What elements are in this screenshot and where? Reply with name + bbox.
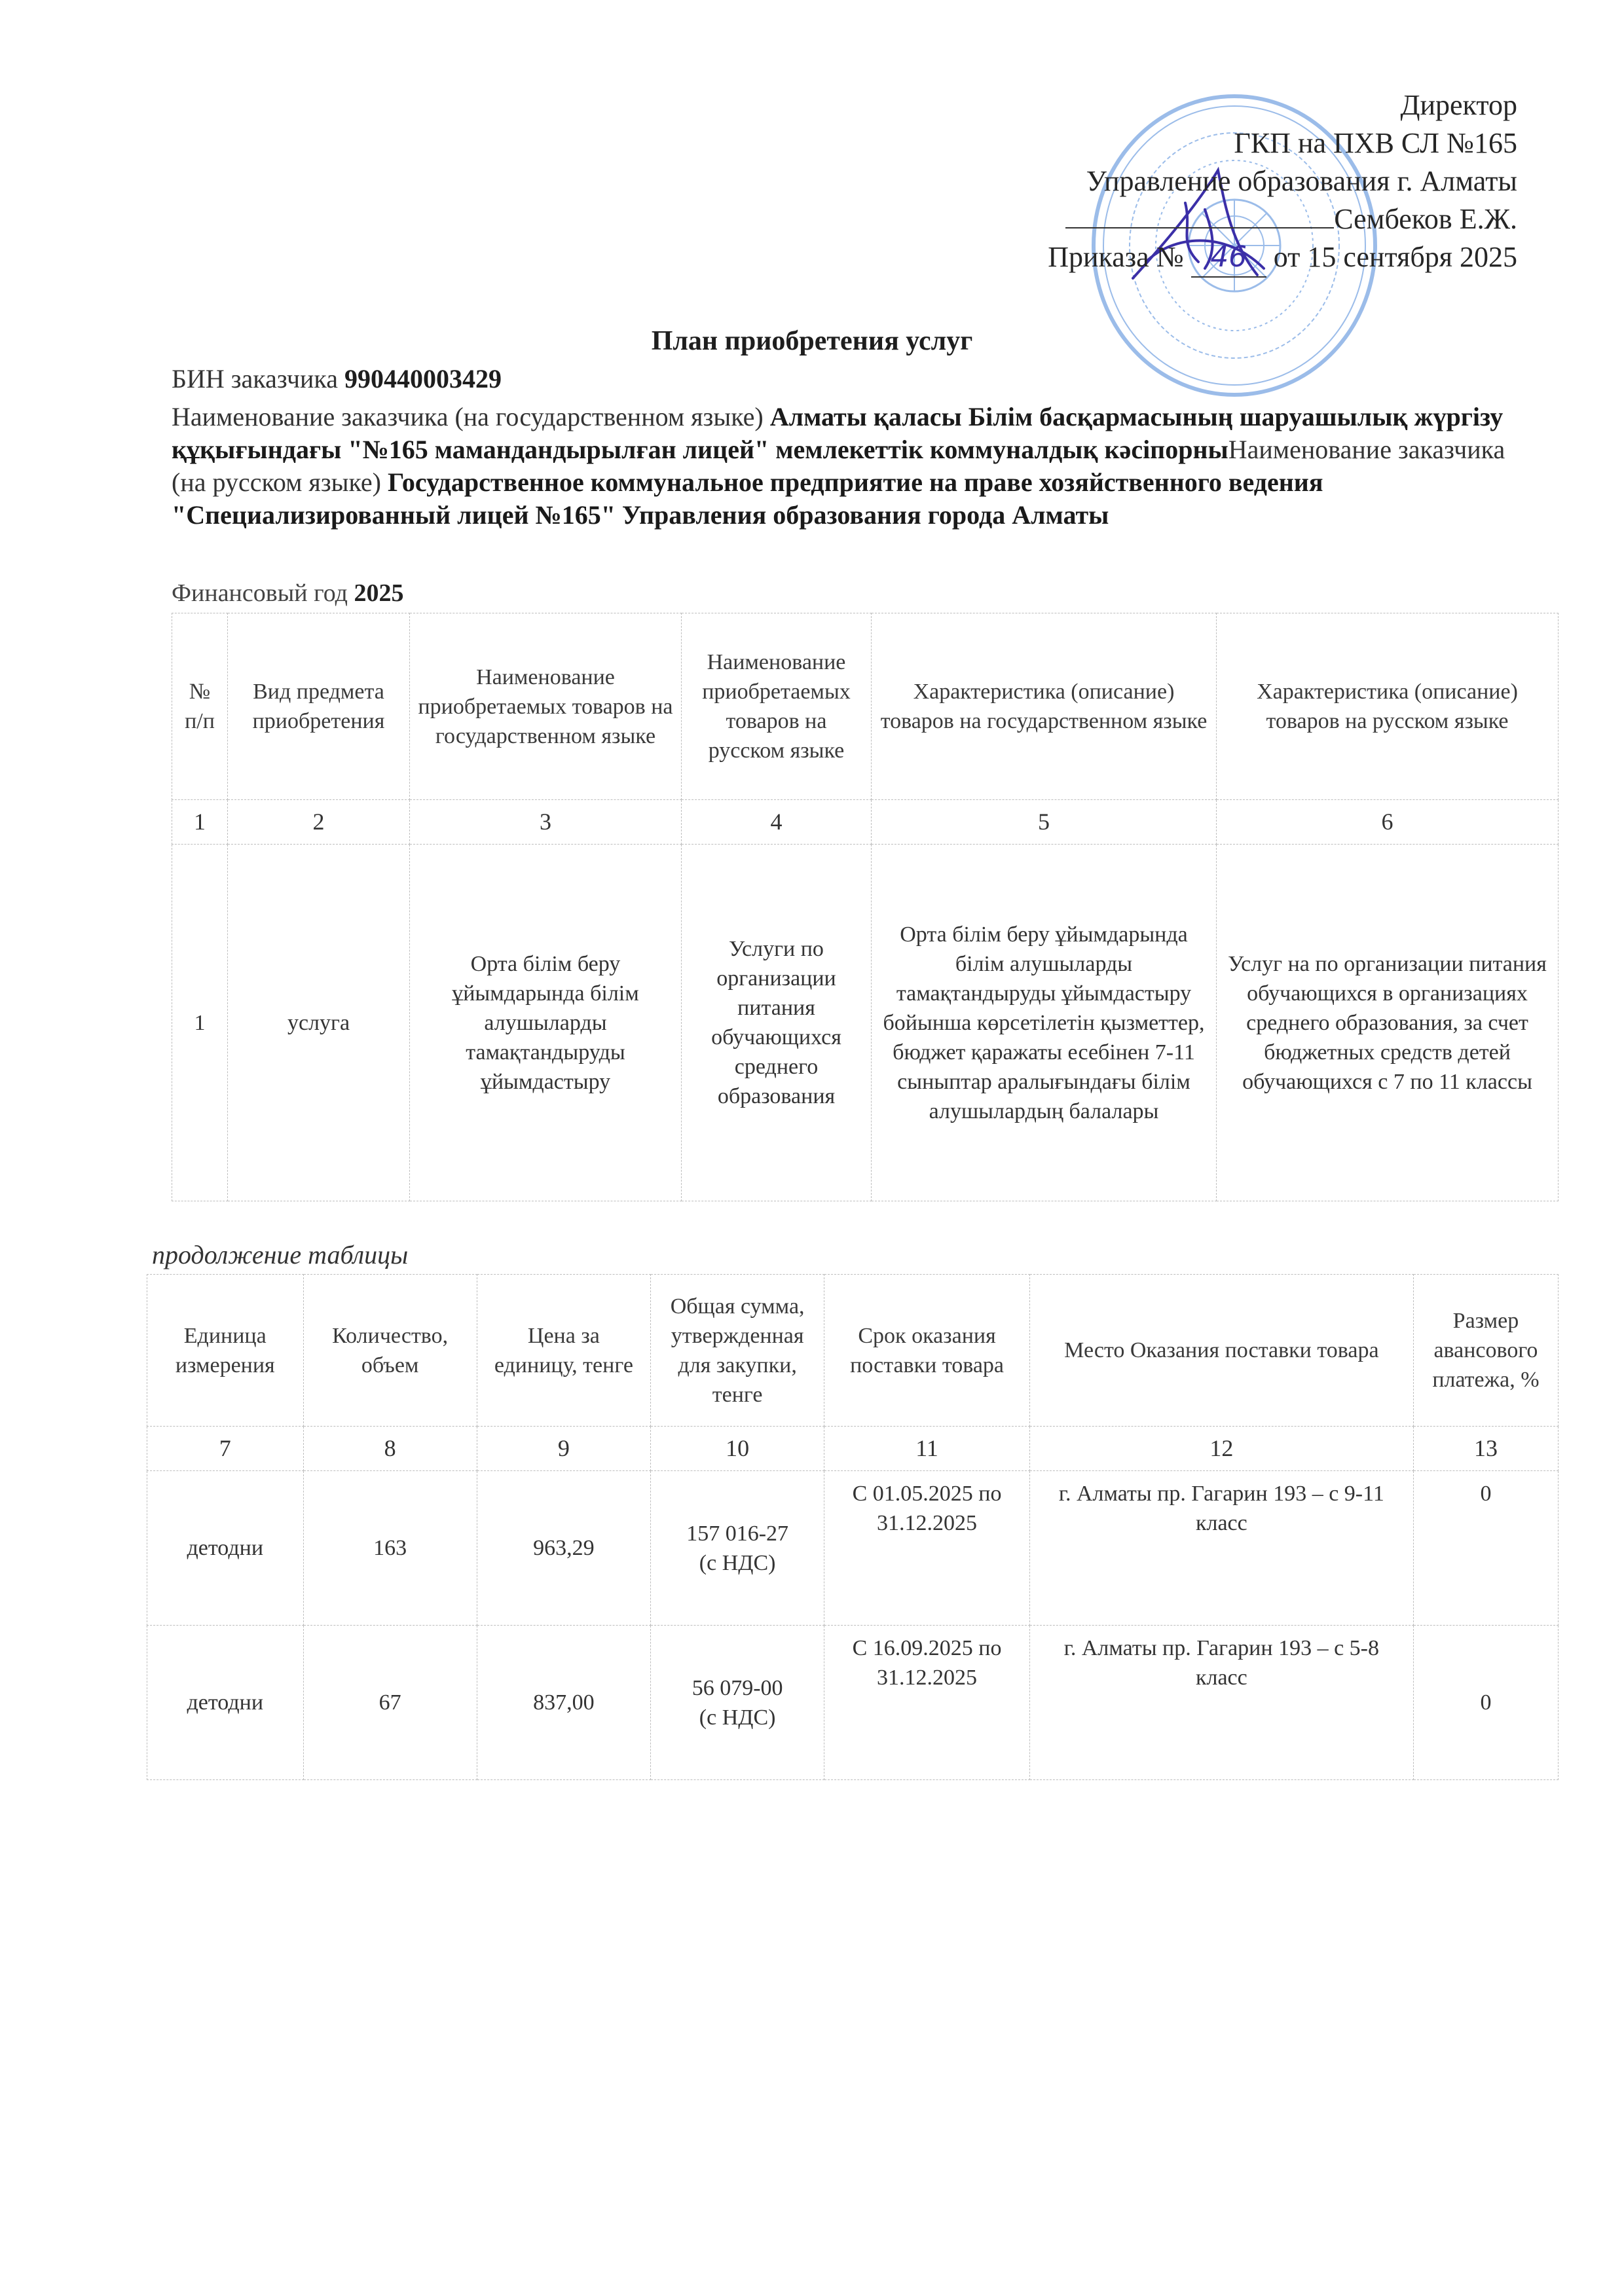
header-cell: Общая сумма, утвержденная для закупки, т…: [651, 1275, 824, 1427]
bin-label: БИН заказчика: [172, 364, 338, 393]
fin-year-value: 2025: [354, 579, 403, 607]
column-number: 11: [824, 1427, 1030, 1471]
total-vat-note: (с НДС): [657, 1703, 817, 1732]
cell-desc-ru: Услуг на по организации питания обучающи…: [1217, 845, 1559, 1201]
column-number: 9: [477, 1427, 650, 1471]
approver-department: Управление образования г. Алматы: [1048, 162, 1517, 200]
column-number: 12: [1029, 1427, 1413, 1471]
table-row: детодни 163 963,29 157 016-27 (с НДС) С …: [147, 1471, 1559, 1626]
column-number: 8: [303, 1427, 477, 1471]
cell-advance: 0: [1413, 1471, 1558, 1626]
column-number-row: 7 8 9 10 11 12 13: [147, 1427, 1559, 1471]
column-number: 4: [682, 800, 872, 845]
cell-no: 1: [172, 845, 228, 1201]
document-title: План приобретения услуг: [0, 325, 1624, 357]
cell-unit: детодни: [147, 1626, 304, 1780]
bin-value: 990440003429: [344, 364, 502, 393]
column-number: 6: [1217, 800, 1559, 845]
cell-quantity: 67: [303, 1626, 477, 1780]
order-date: от 15 сентября 2025: [1274, 241, 1517, 273]
order-line: Приказа № 46 от 15 сентября 2025: [1048, 238, 1517, 278]
header-cell: Вид предмета приобретения: [228, 613, 410, 800]
customer-bin: БИН заказчика 990440003429: [172, 363, 502, 394]
table-row: детодни 67 837,00 56 079-00 (с НДС) С 16…: [147, 1626, 1559, 1780]
fin-year-label: Финансовый год: [172, 579, 348, 607]
cell-type: услуга: [228, 845, 410, 1201]
cell-desc-kz: Орта білім беру ұйымдарында білім алушыл…: [872, 845, 1217, 1201]
order-prefix: Приказа №: [1048, 241, 1183, 273]
header-cell: Цена за единицу, тенге: [477, 1275, 650, 1427]
header-cell: Наименование приобретаемых товаров на го…: [410, 613, 682, 800]
header-cell: Наименование приобретаемых товаров на ру…: [682, 613, 872, 800]
header-cell: Характеристика (описание) товаров на рус…: [1217, 613, 1559, 800]
order-number: 46: [1191, 238, 1266, 278]
header-cell: Количество, объем: [303, 1275, 477, 1427]
document-page: Директор ГКП на ПХВ СЛ №165 Управление о…: [0, 0, 1624, 2296]
header-cell: Срок оказания поставки товара: [824, 1275, 1030, 1427]
column-number: 10: [651, 1427, 824, 1471]
customer-kz-label: Наименование заказчика (на государственн…: [172, 402, 764, 431]
cell-name-ru: Услуги по организации питания обучающихс…: [682, 845, 872, 1201]
cell-unit-price: 837,00: [477, 1626, 650, 1780]
approval-block: Директор ГКП на ПХВ СЛ №165 Управление о…: [1048, 86, 1517, 278]
header-cell: Характеристика (описание) товаров на гос…: [872, 613, 1217, 800]
column-number: 13: [1413, 1427, 1558, 1471]
total-vat-note: (с НДС): [657, 1548, 817, 1578]
total-amount: 56 079-00: [657, 1673, 817, 1703]
table-row: 1 услуга Орта білім беру ұйымдарында біл…: [172, 845, 1559, 1201]
cell-place: г. Алматы пр. Гагарин 193 – с 5-8 класс: [1029, 1626, 1413, 1780]
cell-period: С 01.05.2025 по 31.12.2025: [824, 1471, 1030, 1626]
customer-names: Наименование заказчика (на государственн…: [172, 401, 1534, 532]
signatory-name: Сембеков Е.Ж.: [1334, 203, 1517, 235]
column-number: 5: [872, 800, 1217, 845]
total-amount: 157 016-27: [657, 1519, 817, 1548]
approver-position: Директор: [1048, 86, 1517, 124]
cell-place: г. Алматы пр. Гагарин 193 – с 9-11 класс: [1029, 1471, 1413, 1626]
column-number: 2: [228, 800, 410, 845]
cell-advance: 0: [1413, 1626, 1558, 1780]
column-number: 1: [172, 800, 228, 845]
table-continuation-label: продолжение таблицы: [152, 1239, 408, 1270]
table-header-row: № п/п Вид предмета приобретения Наименов…: [172, 613, 1559, 800]
header-cell: № п/п: [172, 613, 228, 800]
cell-total: 56 079-00 (с НДС): [651, 1626, 824, 1780]
approver-organization: ГКП на ПХВ СЛ №165: [1048, 124, 1517, 162]
column-number: 3: [410, 800, 682, 845]
cell-name-kz: Орта білім беру ұйымдарында білім алушыл…: [410, 845, 682, 1201]
table-header-row: Единица измерения Количество, объем Цена…: [147, 1275, 1559, 1427]
cell-quantity: 163: [303, 1471, 477, 1626]
signature-line: Сембеков Е.Ж.: [1048, 200, 1517, 238]
financial-year: Финансовый год 2025: [172, 579, 403, 608]
signature-blank: [1065, 201, 1334, 228]
cell-period: С 16.09.2025 по 31.12.2025: [824, 1626, 1030, 1780]
column-number-row: 1 2 3 4 5 6: [172, 800, 1559, 845]
column-number: 7: [147, 1427, 304, 1471]
cell-total: 157 016-27 (с НДС): [651, 1471, 824, 1626]
header-cell: Размер авансового платежа, %: [1413, 1275, 1558, 1427]
procurement-table-part2: Единица измерения Количество, объем Цена…: [147, 1274, 1559, 1780]
cell-unit-price: 963,29: [477, 1471, 650, 1626]
procurement-table-part1: № п/п Вид предмета приобретения Наименов…: [172, 613, 1559, 1201]
header-cell: Единица измерения: [147, 1275, 304, 1427]
header-cell: Место Оказания поставки товара: [1029, 1275, 1413, 1427]
cell-unit: детодни: [147, 1471, 304, 1626]
